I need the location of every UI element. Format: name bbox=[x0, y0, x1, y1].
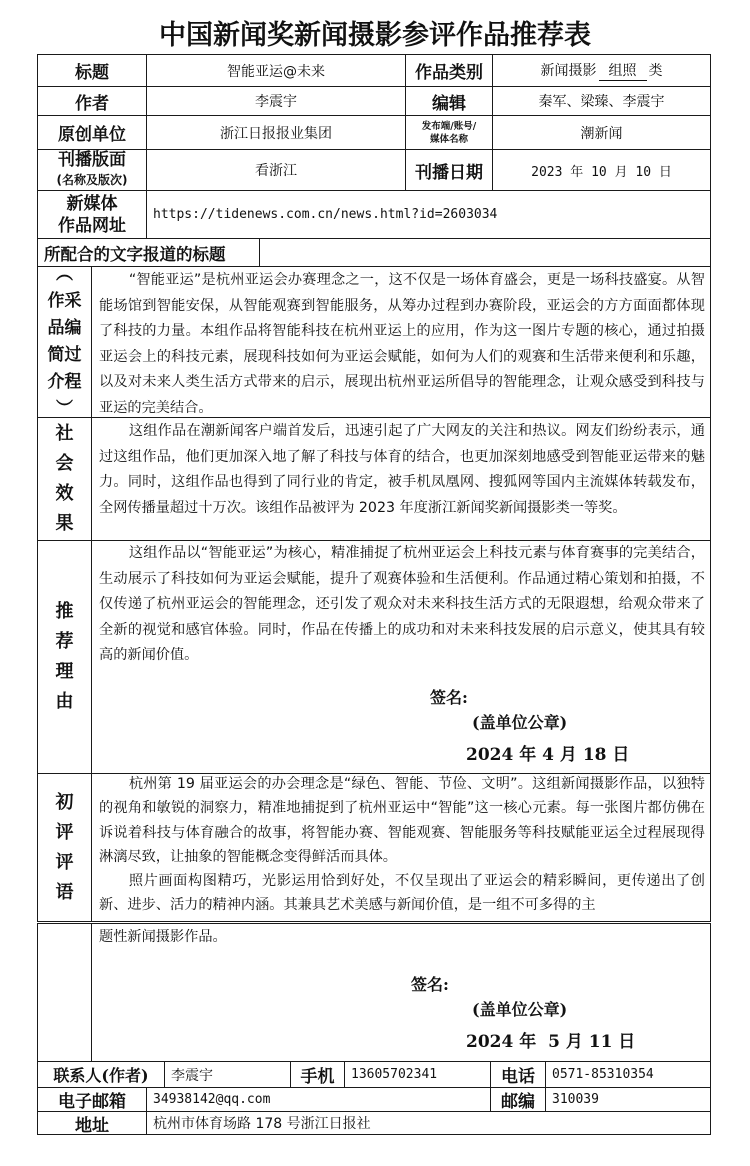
address-label: 地址 bbox=[37, 1111, 147, 1135]
category-fill: 组照 bbox=[599, 62, 647, 81]
related-title-label-text: 所配合的文字报道的标题 bbox=[44, 241, 226, 265]
unit-label-text: 原创单位 bbox=[58, 120, 126, 145]
preliminary-review-paragraph-1: 杭州第 19 届亚运会的办会理念是“绿色、智能、节俭、文明”。这组新闻摄影作品，… bbox=[99, 772, 705, 869]
recommendation-date: 2024 年 4 月 18 日 bbox=[466, 740, 629, 765]
social-effect-label-char1: 社 bbox=[56, 419, 74, 449]
intro-label-paren-close: ︶ bbox=[56, 396, 73, 418]
postcode-value-text: 310039 bbox=[552, 1092, 599, 1107]
contact-value: 李震宇 bbox=[164, 1061, 291, 1088]
recommendation-signature-label: 签名: bbox=[430, 685, 468, 708]
contact-label-text: 联系人(作者) bbox=[53, 1063, 148, 1086]
title-label: 标题 bbox=[37, 54, 147, 87]
category-value: 新闻摄影 组照 类 bbox=[492, 54, 711, 87]
section-label-line2: (名称及版次) bbox=[57, 170, 128, 190]
date-label-text: 刊播日期 bbox=[415, 158, 483, 183]
author-label-text: 作者 bbox=[75, 89, 109, 114]
address-label-text: 地址 bbox=[75, 1111, 109, 1135]
publisher-label-line2: 媒体名称 bbox=[430, 133, 468, 146]
postcode-label: 邮编 bbox=[490, 1087, 546, 1112]
email-label: 电子邮箱 bbox=[37, 1087, 147, 1112]
editor-label-text: 编辑 bbox=[432, 89, 466, 114]
author-value: 李震宇 bbox=[146, 86, 406, 116]
url-value[interactable]: https://tidenews.com.cn/news.html?id=260… bbox=[146, 190, 711, 239]
author-label: 作者 bbox=[37, 86, 147, 116]
recommendation-seal-label: (盖单位公章) bbox=[472, 710, 567, 733]
preliminary-review-signature-label: 签名: bbox=[411, 972, 449, 995]
contact-value-text: 李震宇 bbox=[171, 1065, 213, 1085]
social-effect-label-char4: 果 bbox=[56, 509, 74, 539]
date-value: 2023 年 10 月 10 日 bbox=[492, 149, 711, 191]
publisher-value-text: 潮新闻 bbox=[581, 123, 623, 143]
social-effect-label-char3: 效 bbox=[56, 479, 74, 509]
contact-label: 联系人(作者) bbox=[37, 1061, 165, 1088]
date-label: 刊播日期 bbox=[405, 149, 493, 191]
url-label-line1: 新媒体 bbox=[67, 193, 118, 215]
email-value-link[interactable]: 34938142@qq.com bbox=[153, 1092, 270, 1107]
unit-value-text: 浙江日报报业集团 bbox=[220, 123, 332, 143]
intro-label-paren-open: ︵ bbox=[56, 266, 73, 288]
category-prefix: 新闻摄影 bbox=[541, 60, 597, 80]
preliminary-review-label-char1: 初 bbox=[56, 788, 74, 818]
url-value-link[interactable]: https://tidenews.com.cn/news.html?id=260… bbox=[153, 207, 497, 222]
title-value: 智能亚运@未来 bbox=[146, 54, 406, 87]
social-effect-content: 这组作品在潮新闻客户端首发后，迅速引起了广大网友的关注和热议。网友们纷纷表示，通… bbox=[91, 419, 711, 521]
phone-value-text: 0571-85310354 bbox=[552, 1067, 654, 1082]
preliminary-review-label-continued bbox=[37, 923, 92, 1062]
preliminary-review-seal-label: (盖单位公章) bbox=[472, 997, 567, 1020]
title-value-text: 智能亚运@未来 bbox=[227, 61, 325, 81]
phone-label-text: 电话 bbox=[501, 1062, 535, 1087]
social-effect-label: 社 会 效 果 bbox=[37, 417, 92, 541]
phone-value: 0571-85310354 bbox=[545, 1061, 711, 1088]
editor-value-text: 秦军、梁臻、李震宇 bbox=[539, 91, 665, 111]
recommendation-label-char1: 推 bbox=[56, 597, 74, 627]
preliminary-review-content-continued: 题性新闻摄影作品。 bbox=[91, 925, 711, 951]
intro-label-row3: 简过 bbox=[48, 342, 82, 369]
preliminary-review-label-char3: 评 bbox=[56, 848, 74, 878]
recommendation-paragraph: 这组作品以“智能亚运”为核心，精准捕捉了杭州亚运会上科技元素与体育赛事的完美结合… bbox=[99, 541, 705, 669]
preliminary-review-paragraph-2: 照片画面构图精巧，光影运用恰到好处，不仅呈现出了亚运会的精彩瞬间，更传递出了创新… bbox=[99, 869, 705, 918]
address-value: 杭州市体育场路 178 号浙江日报社 bbox=[146, 1111, 711, 1135]
section-value: 看浙江 bbox=[146, 149, 406, 191]
unit-value: 浙江日报报业集团 bbox=[146, 115, 406, 150]
publisher-label-line1: 发布端/账号/ bbox=[422, 120, 476, 133]
preliminary-review-label: 初 评 评 语 bbox=[37, 773, 92, 922]
preliminary-review-paragraph-continued: 题性新闻摄影作品。 bbox=[99, 925, 705, 951]
recommendation-label-char2: 荐 bbox=[56, 627, 74, 657]
preliminary-review-date: 2024 年 5 月 11 日 bbox=[466, 1027, 635, 1052]
related-title-label: 所配合的文字报道的标题 bbox=[37, 238, 260, 267]
author-value-text: 李震宇 bbox=[255, 91, 297, 111]
editor-value: 秦军、梁臻、李震宇 bbox=[492, 86, 711, 116]
mobile-label-text: 手机 bbox=[301, 1062, 335, 1087]
mobile-label: 手机 bbox=[290, 1061, 345, 1088]
preliminary-review-label-char4: 语 bbox=[56, 878, 74, 908]
intro-label-row2: 品编 bbox=[48, 315, 82, 342]
publisher-label: 发布端/账号/ 媒体名称 bbox=[405, 115, 493, 150]
intro-label-row4: 介程 bbox=[48, 369, 82, 396]
section-label: 刊播版面 (名称及版次) bbox=[37, 149, 147, 191]
url-label-line2: 作品网址 bbox=[58, 215, 126, 237]
postcode-value: 310039 bbox=[545, 1087, 711, 1112]
recommendation-label-char3: 理 bbox=[56, 657, 74, 687]
section-label-line1: 刊播版面 bbox=[58, 150, 126, 170]
phone-label: 电话 bbox=[490, 1061, 546, 1088]
email-label-text: 电子邮箱 bbox=[58, 1087, 126, 1112]
preliminary-review-label-char2: 评 bbox=[56, 818, 74, 848]
section-value-text: 看浙江 bbox=[255, 160, 297, 180]
related-title-value bbox=[259, 238, 711, 267]
social-effect-label-char2: 会 bbox=[56, 449, 74, 479]
recommendation-content: 这组作品以“智能亚运”为核心，精准捕捉了杭州亚运会上科技元素与体育赛事的完美结合… bbox=[91, 541, 711, 669]
recommendation-label: 推 荐 理 由 bbox=[37, 540, 92, 774]
category-suffix: 类 bbox=[649, 60, 663, 80]
category-label-text: 作品类别 bbox=[415, 58, 483, 83]
category-label: 作品类别 bbox=[405, 54, 493, 87]
document-title: 中国新闻奖新闻摄影参评作品推荐表 bbox=[0, 18, 750, 54]
social-effect-paragraph: 这组作品在潮新闻客户端首发后，迅速引起了广大网友的关注和热议。网友们纷纷表示，通… bbox=[99, 419, 705, 521]
preliminary-review-content: 杭州第 19 届亚运会的办会理念是“绿色、智能、节俭、文明”。这组新闻摄影作品，… bbox=[91, 772, 711, 918]
intro-label: ︵ 作采 品编 简过 介程 ︶ bbox=[37, 266, 92, 418]
unit-label: 原创单位 bbox=[37, 115, 147, 150]
recommendation-label-char4: 由 bbox=[56, 687, 74, 717]
mobile-value: 13605702341 bbox=[344, 1061, 491, 1088]
intro-paragraph: “智能亚运”是杭州亚运会办赛理念之一，这不仅是一场体育盛会，更是一场科技盛宴。从… bbox=[99, 268, 705, 421]
address-value-text: 杭州市体育场路 178 号浙江日报社 bbox=[153, 1113, 371, 1133]
editor-label: 编辑 bbox=[405, 86, 493, 116]
mobile-value-text: 13605702341 bbox=[351, 1067, 437, 1082]
postcode-label-text: 邮编 bbox=[501, 1087, 535, 1112]
email-value[interactable]: 34938142@qq.com bbox=[146, 1087, 491, 1112]
title-label-text: 标题 bbox=[75, 58, 109, 83]
intro-label-row1: 作采 bbox=[48, 288, 82, 315]
date-value-text: 2023 年 10 月 10 日 bbox=[531, 161, 672, 180]
url-label: 新媒体 作品网址 bbox=[37, 190, 147, 239]
publisher-value: 潮新闻 bbox=[492, 115, 711, 150]
intro-content: “智能亚运”是杭州亚运会办赛理念之一，这不仅是一场体育盛会，更是一场科技盛宴。从… bbox=[91, 268, 711, 421]
